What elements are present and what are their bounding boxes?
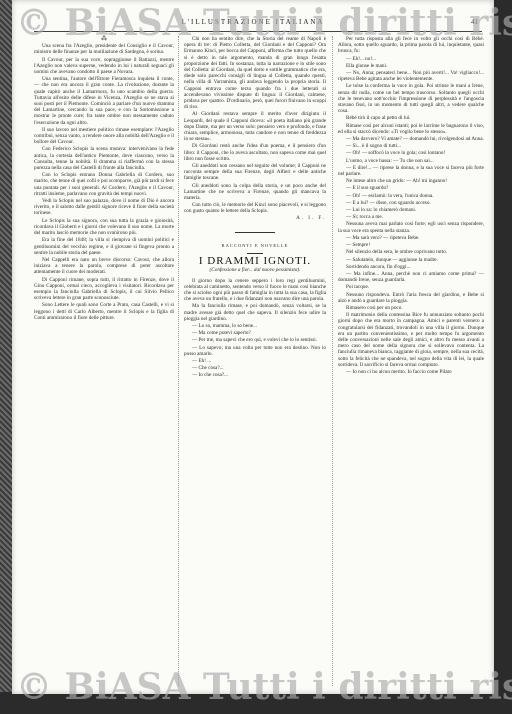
paragraph: — Oh! — esclamò: la vera, l'unica donna. [338, 193, 484, 199]
section-rubric: RACCONTI E NOVELLE [184, 243, 326, 249]
paragraph: Sorridendo ancora, fin d'oggi... [338, 264, 484, 270]
paragraph: Ma la fanciulla rimase, e poi domandò, s… [184, 303, 326, 322]
column-2-text: Chi non ha sentito dire, che la Storia d… [184, 36, 326, 215]
paragraph: — Lo sapevo; ma una volta per tutte non … [184, 345, 326, 357]
column-divider [332, 36, 333, 686]
paragraph: — Lo so, mamma, lo so bene... [184, 323, 326, 329]
paragraph: — Oh! — soffocò la voce in gola; così lo… [338, 150, 484, 156]
story-title: I DRAMMI IGNOTI. [184, 258, 326, 264]
rubric-rule [247, 253, 263, 254]
paragraph: — No, Anna; pensateci bene... Non più av… [338, 70, 484, 82]
paragraph: Il Cavour, per la sua voce, sopraggiunse… [34, 57, 174, 76]
column-1-text: Una scena fra l'Azeglio, presidente del … [34, 43, 174, 321]
paragraph: Ella giunse le mani. [338, 63, 484, 69]
paragraph: Con tutto ciò, le memorie del Kinci sono… [184, 202, 326, 214]
paragraph: Nel Cappelli era nato un breve discorso:… [34, 257, 174, 276]
watermark-bottom: © BiASA Tutti i diritti riservati [16, 666, 512, 708]
article-signature: A. I. F. [184, 216, 326, 222]
paragraph: — Salutatelo, dunque — aggiunse la madre… [338, 257, 484, 263]
paragraph: Il suo lavoro nel mestiere politico rima… [34, 127, 174, 146]
paragraph: Gli aneddoti non cessano nel seguito del… [184, 163, 326, 182]
paragraph: — Per me, ma sapevi che ero qui, e volev… [184, 337, 326, 343]
paragraph: — Lui lo sa: lo chiamerò domani. [338, 207, 484, 213]
paragraph: Di Capponi rimane, sopra tutti, il ritra… [34, 277, 174, 302]
paragraph: Con lo Sclopis entrano Donna Gabriella d… [34, 172, 174, 197]
paragraph: — Io non ci ho alcun merito. Io faccio c… [338, 369, 484, 375]
column-3-text: Per tutta risposta alla gli fece in volt… [338, 36, 484, 375]
paragraph: — E il suo sguardo? [338, 185, 484, 191]
newspaper-page: L'ILLUSTRAZIONE ITALIANA 41 ⁂ Una scena … [12, 0, 494, 694]
column-divider [178, 36, 179, 686]
paragraph: Al Giordani restava sempre il merito d'a… [184, 111, 326, 142]
paragraph: — E dire!... — riprese la donna, e la su… [338, 165, 484, 177]
paragraph: — Sempre! [338, 242, 484, 248]
paragraph: Rimase così per alcuni istanti; poi le l… [338, 123, 484, 135]
paragraph: — E a lui? — disse, con sguardo acceso. [338, 200, 484, 206]
paragraph: L'uomo, a voce bassa: — Tu che non sai..… [338, 158, 484, 164]
paragraph: Le Sclopis la sua signora, con sua tutta… [34, 218, 174, 237]
paragraph: Con Federico Sclopis la scena mutava: in… [34, 146, 174, 171]
story-text: Il giorno dopo la cenere seppero i loro … [184, 278, 326, 379]
paragraph: — Ma sarà vero? — ripeteva Bebe. [338, 235, 484, 241]
paragraph: Gli aneddoti sono la colpa della storia,… [184, 183, 326, 202]
paragraph: — Io che cosa?... [184, 372, 326, 378]
story-subtitle: (Confessione a fior... dal nuovo pessimi… [184, 267, 326, 273]
paragraph: Di Giordani restò anche l'idea d'un poem… [184, 143, 326, 162]
paragraph: Nel silenzio della sera, le ombre copriv… [338, 249, 484, 255]
paragraph: Bébé tirò il capo al petto di lui. [338, 115, 484, 121]
paragraph: Poi tacque. [338, 284, 484, 290]
paragraph: — Eh!... no!... [338, 56, 484, 62]
paragraph: — Ma come potevi saperlo? [184, 330, 326, 336]
paragraph: Nessuna aveva mai parlato così forte; eg… [338, 221, 484, 233]
paragraph: — Sì... è il sogno di tutti... [338, 143, 484, 149]
paragraph: Il matrimonio della contessina Bice fu a… [338, 312, 484, 368]
column-3: Per tutta risposta alla gli fece in volt… [338, 36, 484, 376]
paragraph: — Ma davvero? Vi amate? — domandò lui, r… [338, 136, 484, 142]
paragraph: Il giorno dopo la cenere seppero i loro … [184, 278, 326, 303]
paragraph: Sono Lettere le quali sono Corte a Prato… [34, 302, 174, 321]
paragraph: — Sì; tocca a me. [338, 214, 484, 220]
paragraph: Una scena fra l'Azeglio, presidente del … [34, 43, 174, 55]
paragraph: Ne intese altro che un grido: — Ah! mi i… [338, 178, 484, 184]
column-1: ⁂ Una scena fra l'Azeglio, presidente de… [34, 36, 174, 322]
paragraph: — Che cosa?... [184, 365, 326, 371]
paragraph: Chi non ha sentito dire, che la Storia d… [184, 36, 326, 110]
paragraph: Era la fine del 1848; la villa si riempi… [34, 237, 174, 256]
paragraph: Rimasero così per un poco. [338, 305, 484, 311]
paragraph: Nessuno rispondeva. Entrò l'aria fresca … [338, 292, 484, 304]
paragraph: — Ma infine... Anna, perchè non ci amiam… [338, 271, 484, 283]
paragraph: Le tolse la conferma la voce in gola. Po… [338, 83, 484, 114]
paragraph: Vedi la Sclopis nel suo palazzo, dove il… [34, 198, 174, 217]
watermark-top: © BiASA Tutti i diritti riservati [16, 2, 512, 44]
column-2: Chi non ha sentito dire, che la Storia d… [184, 36, 326, 380]
paragraph: — Eh! ... [184, 358, 326, 364]
paragraph: Una sentina, l'autore dell'Ettore Fieram… [34, 76, 174, 126]
section-separator [235, 232, 275, 233]
